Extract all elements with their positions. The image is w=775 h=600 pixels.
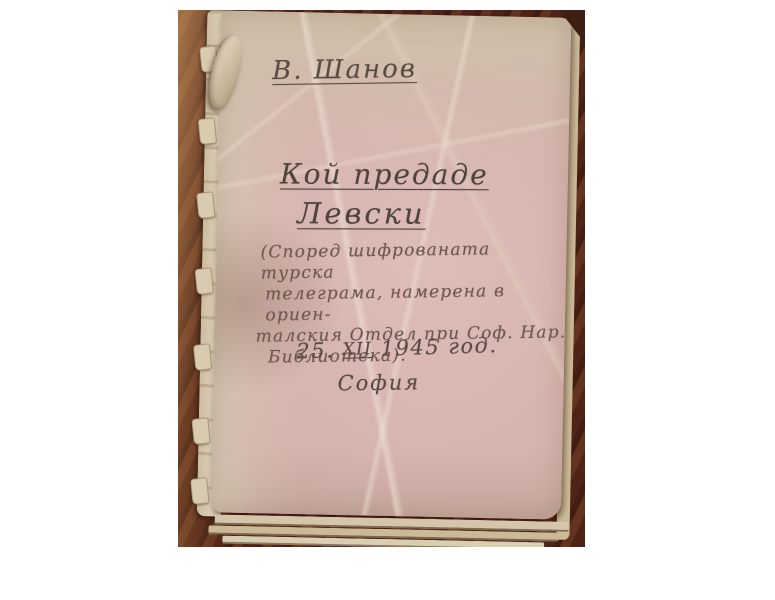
binding-tab — [194, 267, 214, 295]
author-name: В. Шанов — [272, 54, 417, 86]
binding-tab — [190, 477, 210, 505]
binding-tab — [198, 117, 218, 145]
binding-tab — [196, 191, 216, 219]
binding-tab — [193, 343, 213, 371]
subtitle-line: телеграма, намерена в ориен- — [255, 280, 568, 326]
manuscript: ✳ В. Шанов Кой предаде Левски (Според ши… — [197, 10, 578, 528]
date-month-roman: XII — [342, 339, 373, 360]
date-day: 25. — [296, 338, 335, 363]
title-line-2: Левски — [297, 196, 426, 230]
binding-tab — [191, 417, 211, 445]
place-name: София — [337, 370, 420, 395]
manuscript-cover: ✳ В. Шанов Кой предаде Левски (Според ши… — [211, 10, 571, 519]
page-stack-edges — [204, 514, 571, 547]
subtitle-line: (Според шифрованата турска — [254, 238, 567, 284]
date-year: 1945 год. — [380, 333, 498, 361]
title-line-1: Кой предаде — [280, 158, 489, 192]
photograph-of-manuscript: ✳ В. Шанов Кой предаде Левски (Според ши… — [178, 10, 585, 547]
